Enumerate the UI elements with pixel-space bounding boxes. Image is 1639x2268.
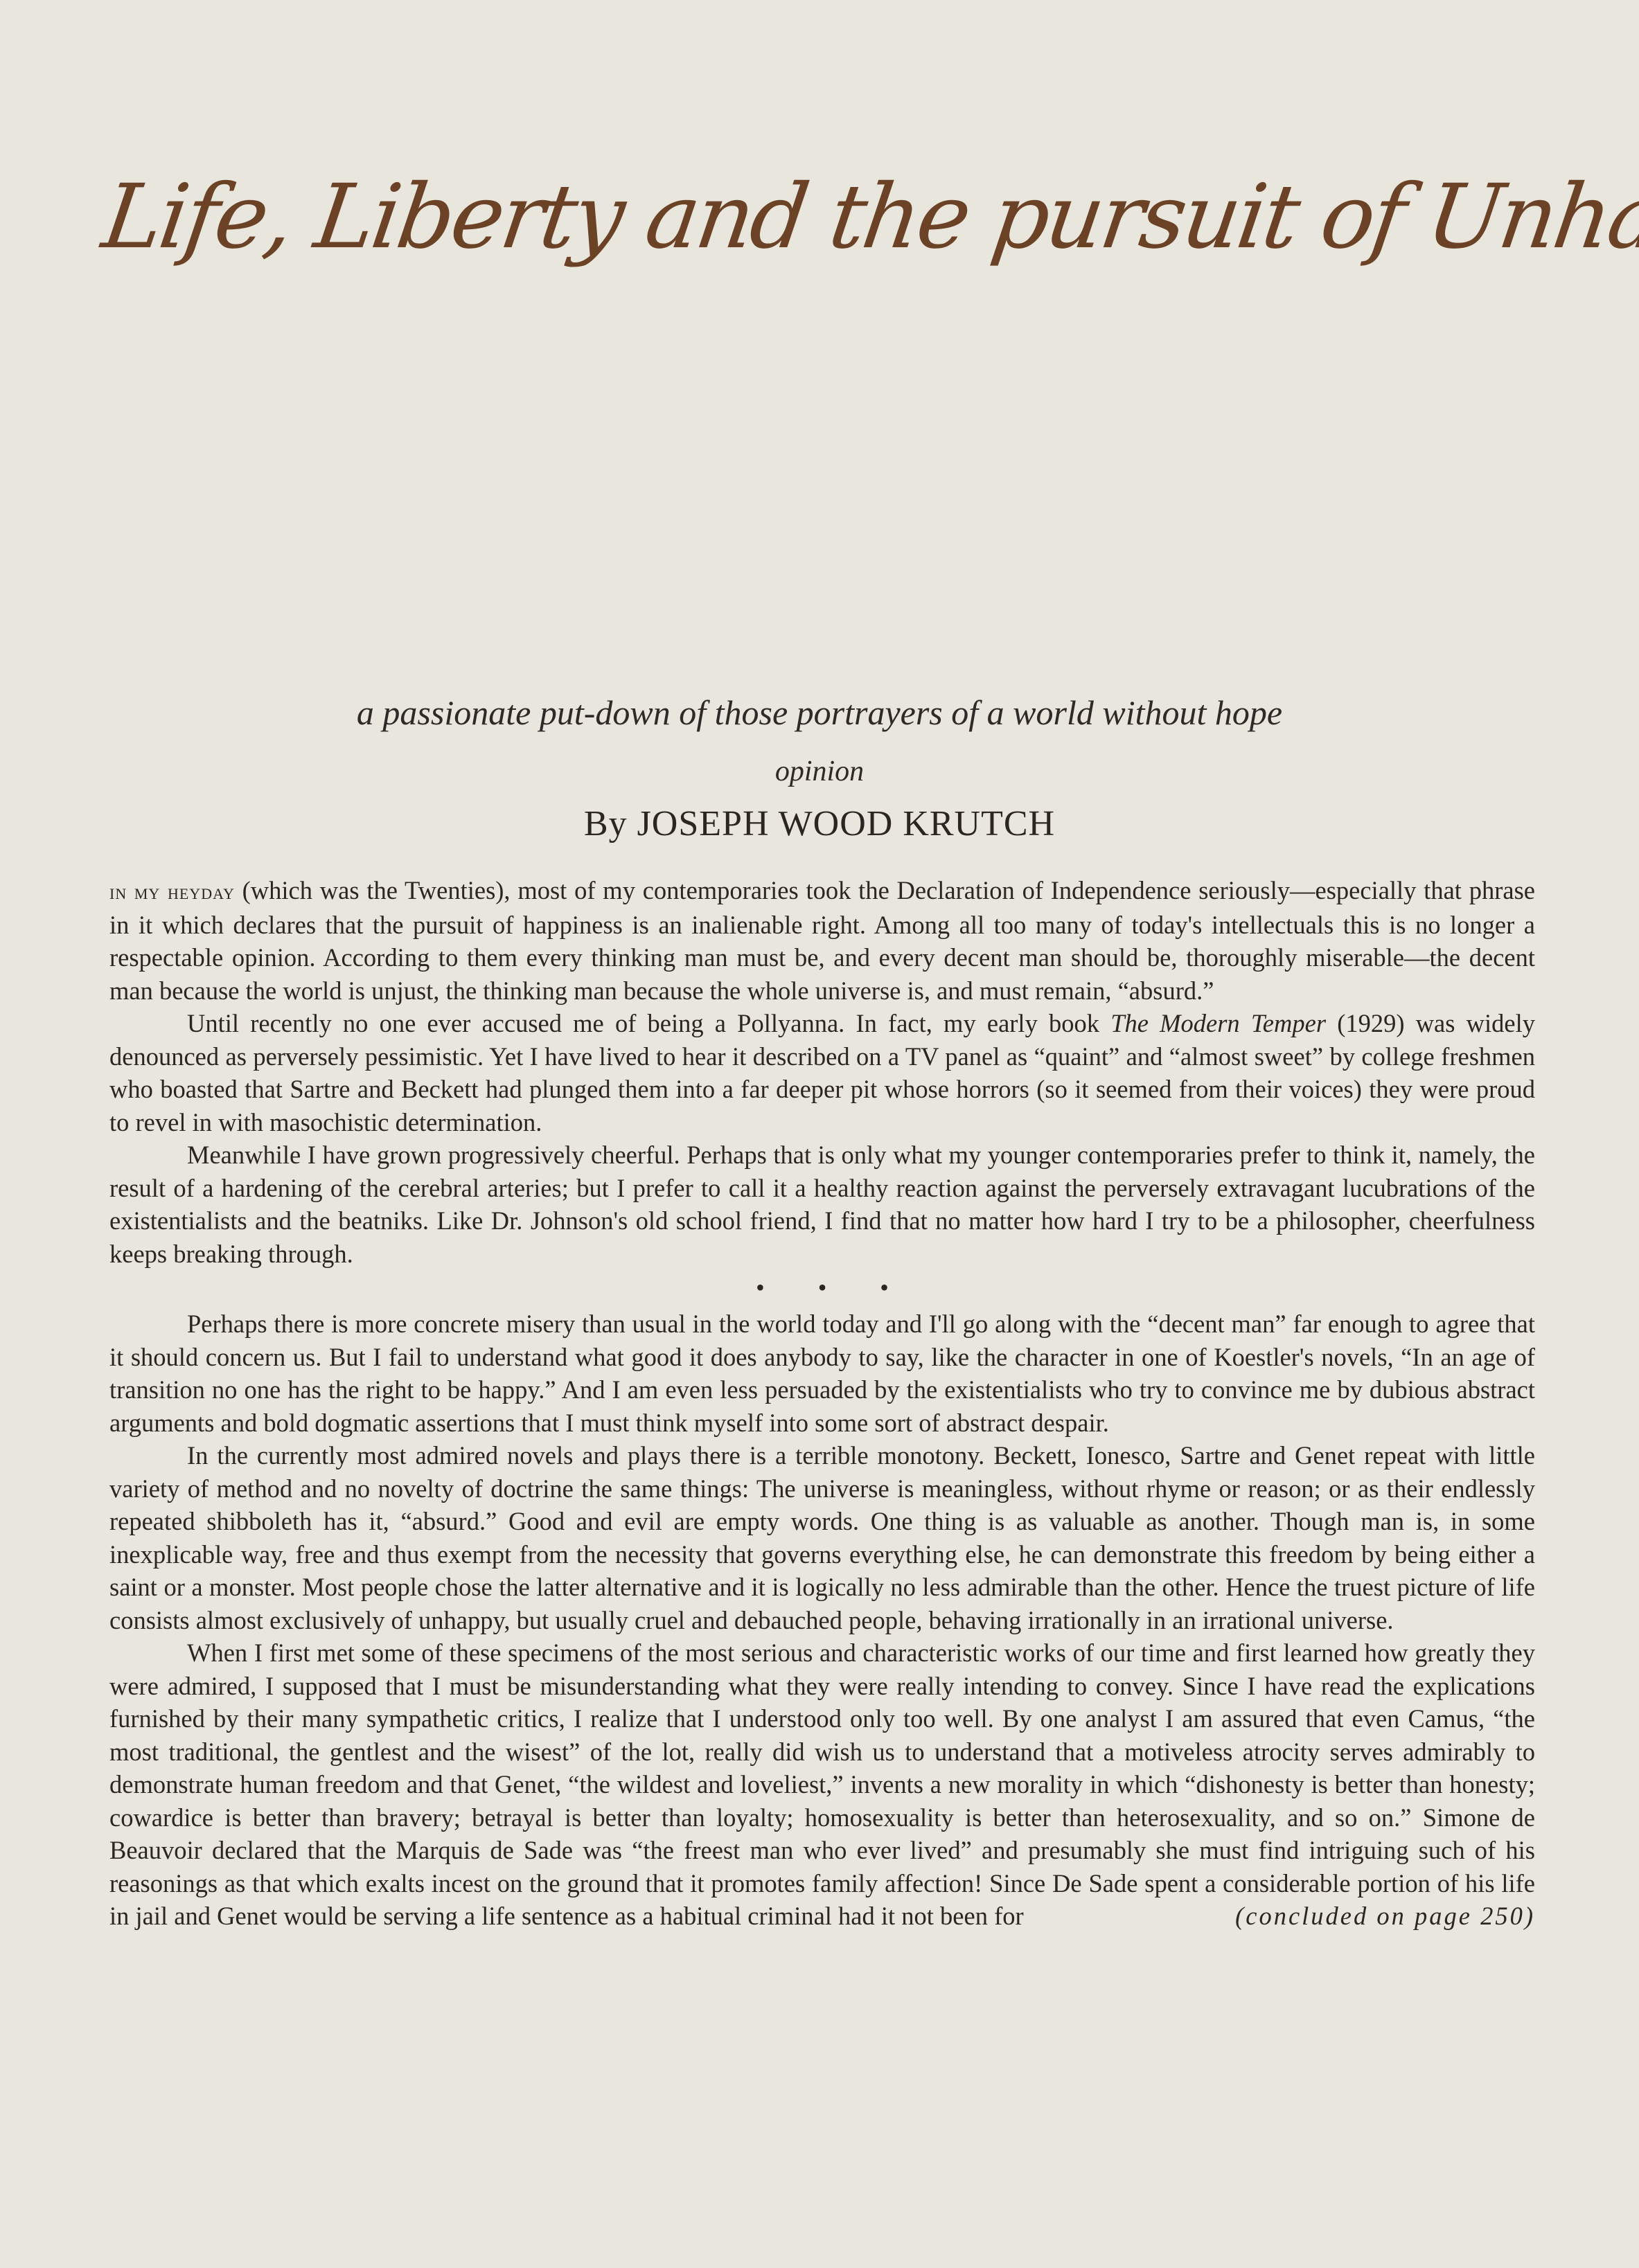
article-body: in my heyday (which was the Twenties), m… <box>109 874 1535 1933</box>
paragraph-4: Perhaps there is more concrete misery th… <box>109 1307 1535 1439</box>
paragraph-6: When I first met some of these specimens… <box>109 1636 1535 1933</box>
byline: By JOSEPH WOOD KRUTCH <box>0 803 1639 844</box>
paragraph-3: Meanwhile I have grown progressively che… <box>109 1139 1535 1270</box>
section-separator: • • • <box>109 1270 1535 1305</box>
article-subtitle: a passionate put-down of those portrayer… <box>0 693 1639 733</box>
article-title: Life, Liberty and the pursuit of Unhappi… <box>98 173 1565 262</box>
book-title: The Modern Temper <box>1110 1009 1326 1037</box>
paragraph-5: In the currently most admired novels and… <box>109 1439 1535 1636</box>
lead-in: in my heyday <box>109 879 235 904</box>
paragraph-1: in my heyday (which was the Twenties), m… <box>109 874 1535 1007</box>
continued-note: (concluded on page 250) <box>1158 1900 1535 1933</box>
section-kicker: opinion <box>0 755 1639 788</box>
magazine-page: Life, Liberty and the pursuit of Unhappi… <box>0 0 1639 2268</box>
paragraph-2: Until recently no one ever accused me of… <box>109 1007 1535 1139</box>
